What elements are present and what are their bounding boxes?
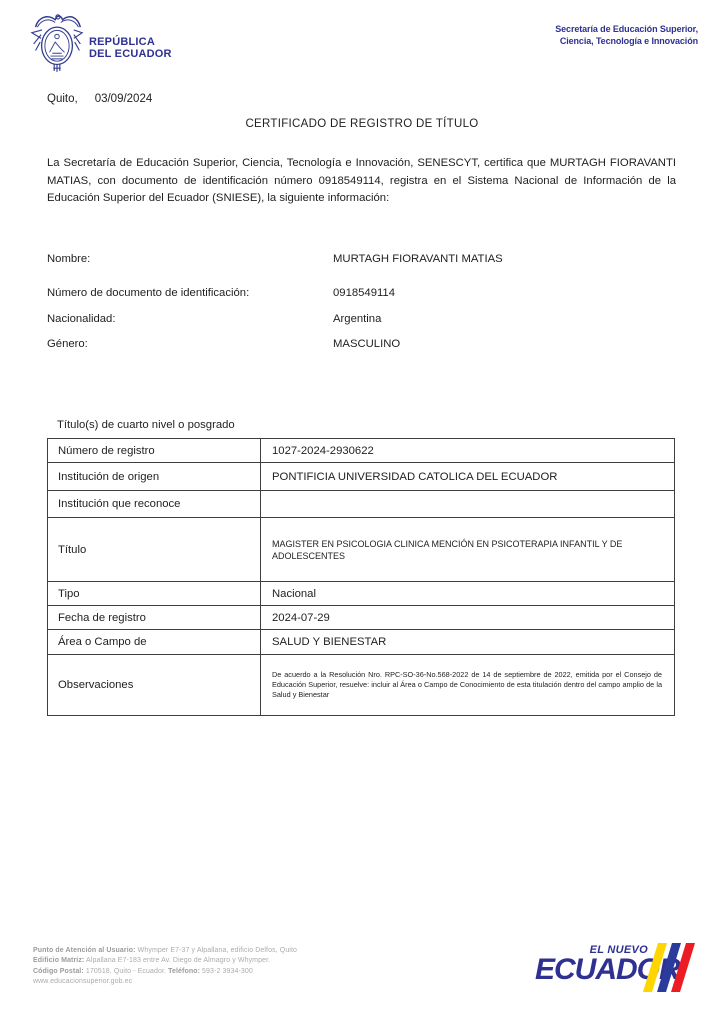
footer-text: Whymper E7-37 y Alpallana, edificio Delf…: [136, 947, 297, 954]
footer-address: Punto de Atención al Usuario: Whymper E7…: [33, 946, 373, 988]
field-row-documento: Número de documento de identificación: 0…: [47, 287, 676, 299]
row-value: De acuerdo a la Resolución Nro. RPC-SO-3…: [261, 655, 674, 715]
footer-text: 593-2 3934-300: [200, 968, 253, 975]
republic-line1: REPÚBLICA: [89, 36, 172, 48]
table-row: Área o Campo de SALUD Y BIENESTAR: [48, 629, 674, 654]
table-row: Observaciones De acuerdo a la Resolución…: [48, 654, 674, 715]
row-label: Observaciones: [48, 655, 261, 715]
footer-website: www.educacionsuperior.gob.ec: [33, 977, 373, 987]
row-label: Área o Campo de: [48, 630, 261, 654]
date-value: 03/09/2024: [95, 93, 153, 105]
field-row-nacionalidad: Nacionalidad: Argentina: [47, 313, 676, 325]
footer-line-2: Edificio Matriz: Alpallana E7-183 entre …: [33, 956, 373, 966]
table-row: Fecha de registro 2024-07-29: [48, 605, 674, 629]
row-value: SALUD Y BIENESTAR: [261, 630, 674, 654]
footer-bold: Código Postal:: [33, 968, 84, 975]
document-title: CERTIFICADO DE REGISTRO DE TÍTULO: [0, 118, 724, 130]
secretariat-line1: Secretaría de Educación Superior,: [555, 24, 698, 36]
field-label: Nacionalidad:: [47, 313, 333, 325]
row-label: Número de registro: [48, 439, 261, 462]
row-label: Institución de origen: [48, 463, 261, 490]
table-row: Tipo Nacional: [48, 581, 674, 605]
row-label: Título: [48, 518, 261, 581]
field-value: MASCULINO: [333, 338, 400, 350]
coat-of-arms-ecuador-icon: [29, 11, 85, 75]
field-value: Argentina: [333, 313, 381, 325]
field-row-genero: Género: MASCULINO: [47, 338, 676, 350]
city-label: Quito,: [47, 93, 78, 105]
field-value: 0918549114: [333, 287, 395, 299]
degree-section-title: Título(s) de cuarto nivel o posgrado: [57, 419, 235, 431]
row-value: [261, 491, 674, 517]
table-row: Número de registro 1027-2024-2930622: [48, 439, 674, 462]
republic-line2: DEL ECUADOR: [89, 48, 172, 60]
row-value: 1027-2024-2930622: [261, 439, 674, 462]
footer-bold: Edificio Matriz:: [33, 957, 84, 964]
degree-table: Número de registro 1027-2024-2930622 Ins…: [47, 438, 675, 716]
row-label: Institución que reconoce: [48, 491, 261, 517]
dateline: Quito,03/09/2024: [47, 93, 152, 105]
field-label: Género:: [47, 338, 333, 350]
table-row: Institución de origen PONTIFICIA UNIVERS…: [48, 462, 674, 490]
row-label: Tipo: [48, 582, 261, 605]
field-row-nombre: Nombre: MURTAGH FIORAVANTI MATIAS: [47, 253, 676, 265]
row-label: Fecha de registro: [48, 606, 261, 629]
row-value: 2024-07-29: [261, 606, 674, 629]
secretariat-line2: Ciencia, Tecnología e Innovación: [555, 36, 698, 48]
intro-paragraph: La Secretaría de Educación Superior, Cie…: [47, 155, 676, 208]
row-value: PONTIFICIA UNIVERSIDAD CATOLICA DEL ECUA…: [261, 463, 674, 490]
secretariat-header: Secretaría de Educación Superior, Cienci…: [555, 24, 698, 47]
certificate-page: REPÚBLICA DEL ECUADOR Secretaría de Educ…: [0, 0, 724, 1024]
field-label: Número de documento de identificación:: [47, 287, 333, 299]
footer-line-3: Código Postal: 170518, Quito - Ecuador. …: [33, 967, 373, 977]
table-row: Institución que reconoce: [48, 490, 674, 517]
republic-del-ecuador-label: REPÚBLICA DEL ECUADOR: [89, 36, 172, 60]
footer-text: Alpallana E7-183 entre Av. Diego de Alma…: [84, 957, 270, 964]
field-value: MURTAGH FIORAVANTI MATIAS: [333, 253, 503, 265]
table-row: Título MAGISTER EN PSICOLOGIA CLINICA ME…: [48, 517, 674, 581]
person-fields: Nombre: MURTAGH FIORAVANTI MATIAS Número…: [47, 253, 676, 350]
field-label: Nombre:: [47, 253, 333, 265]
footer-bold: Teléfono:: [168, 968, 200, 975]
footer-text: 170518, Quito - Ecuador.: [84, 968, 168, 975]
footer-line-1: Punto de Atención al Usuario: Whymper E7…: [33, 946, 373, 956]
row-value: MAGISTER EN PSICOLOGIA CLINICA MENCIÓN E…: [261, 518, 674, 581]
flag-slashes-icon: [643, 943, 695, 992]
row-value: Nacional: [261, 582, 674, 605]
footer-bold: Punto de Atención al Usuario:: [33, 947, 136, 954]
